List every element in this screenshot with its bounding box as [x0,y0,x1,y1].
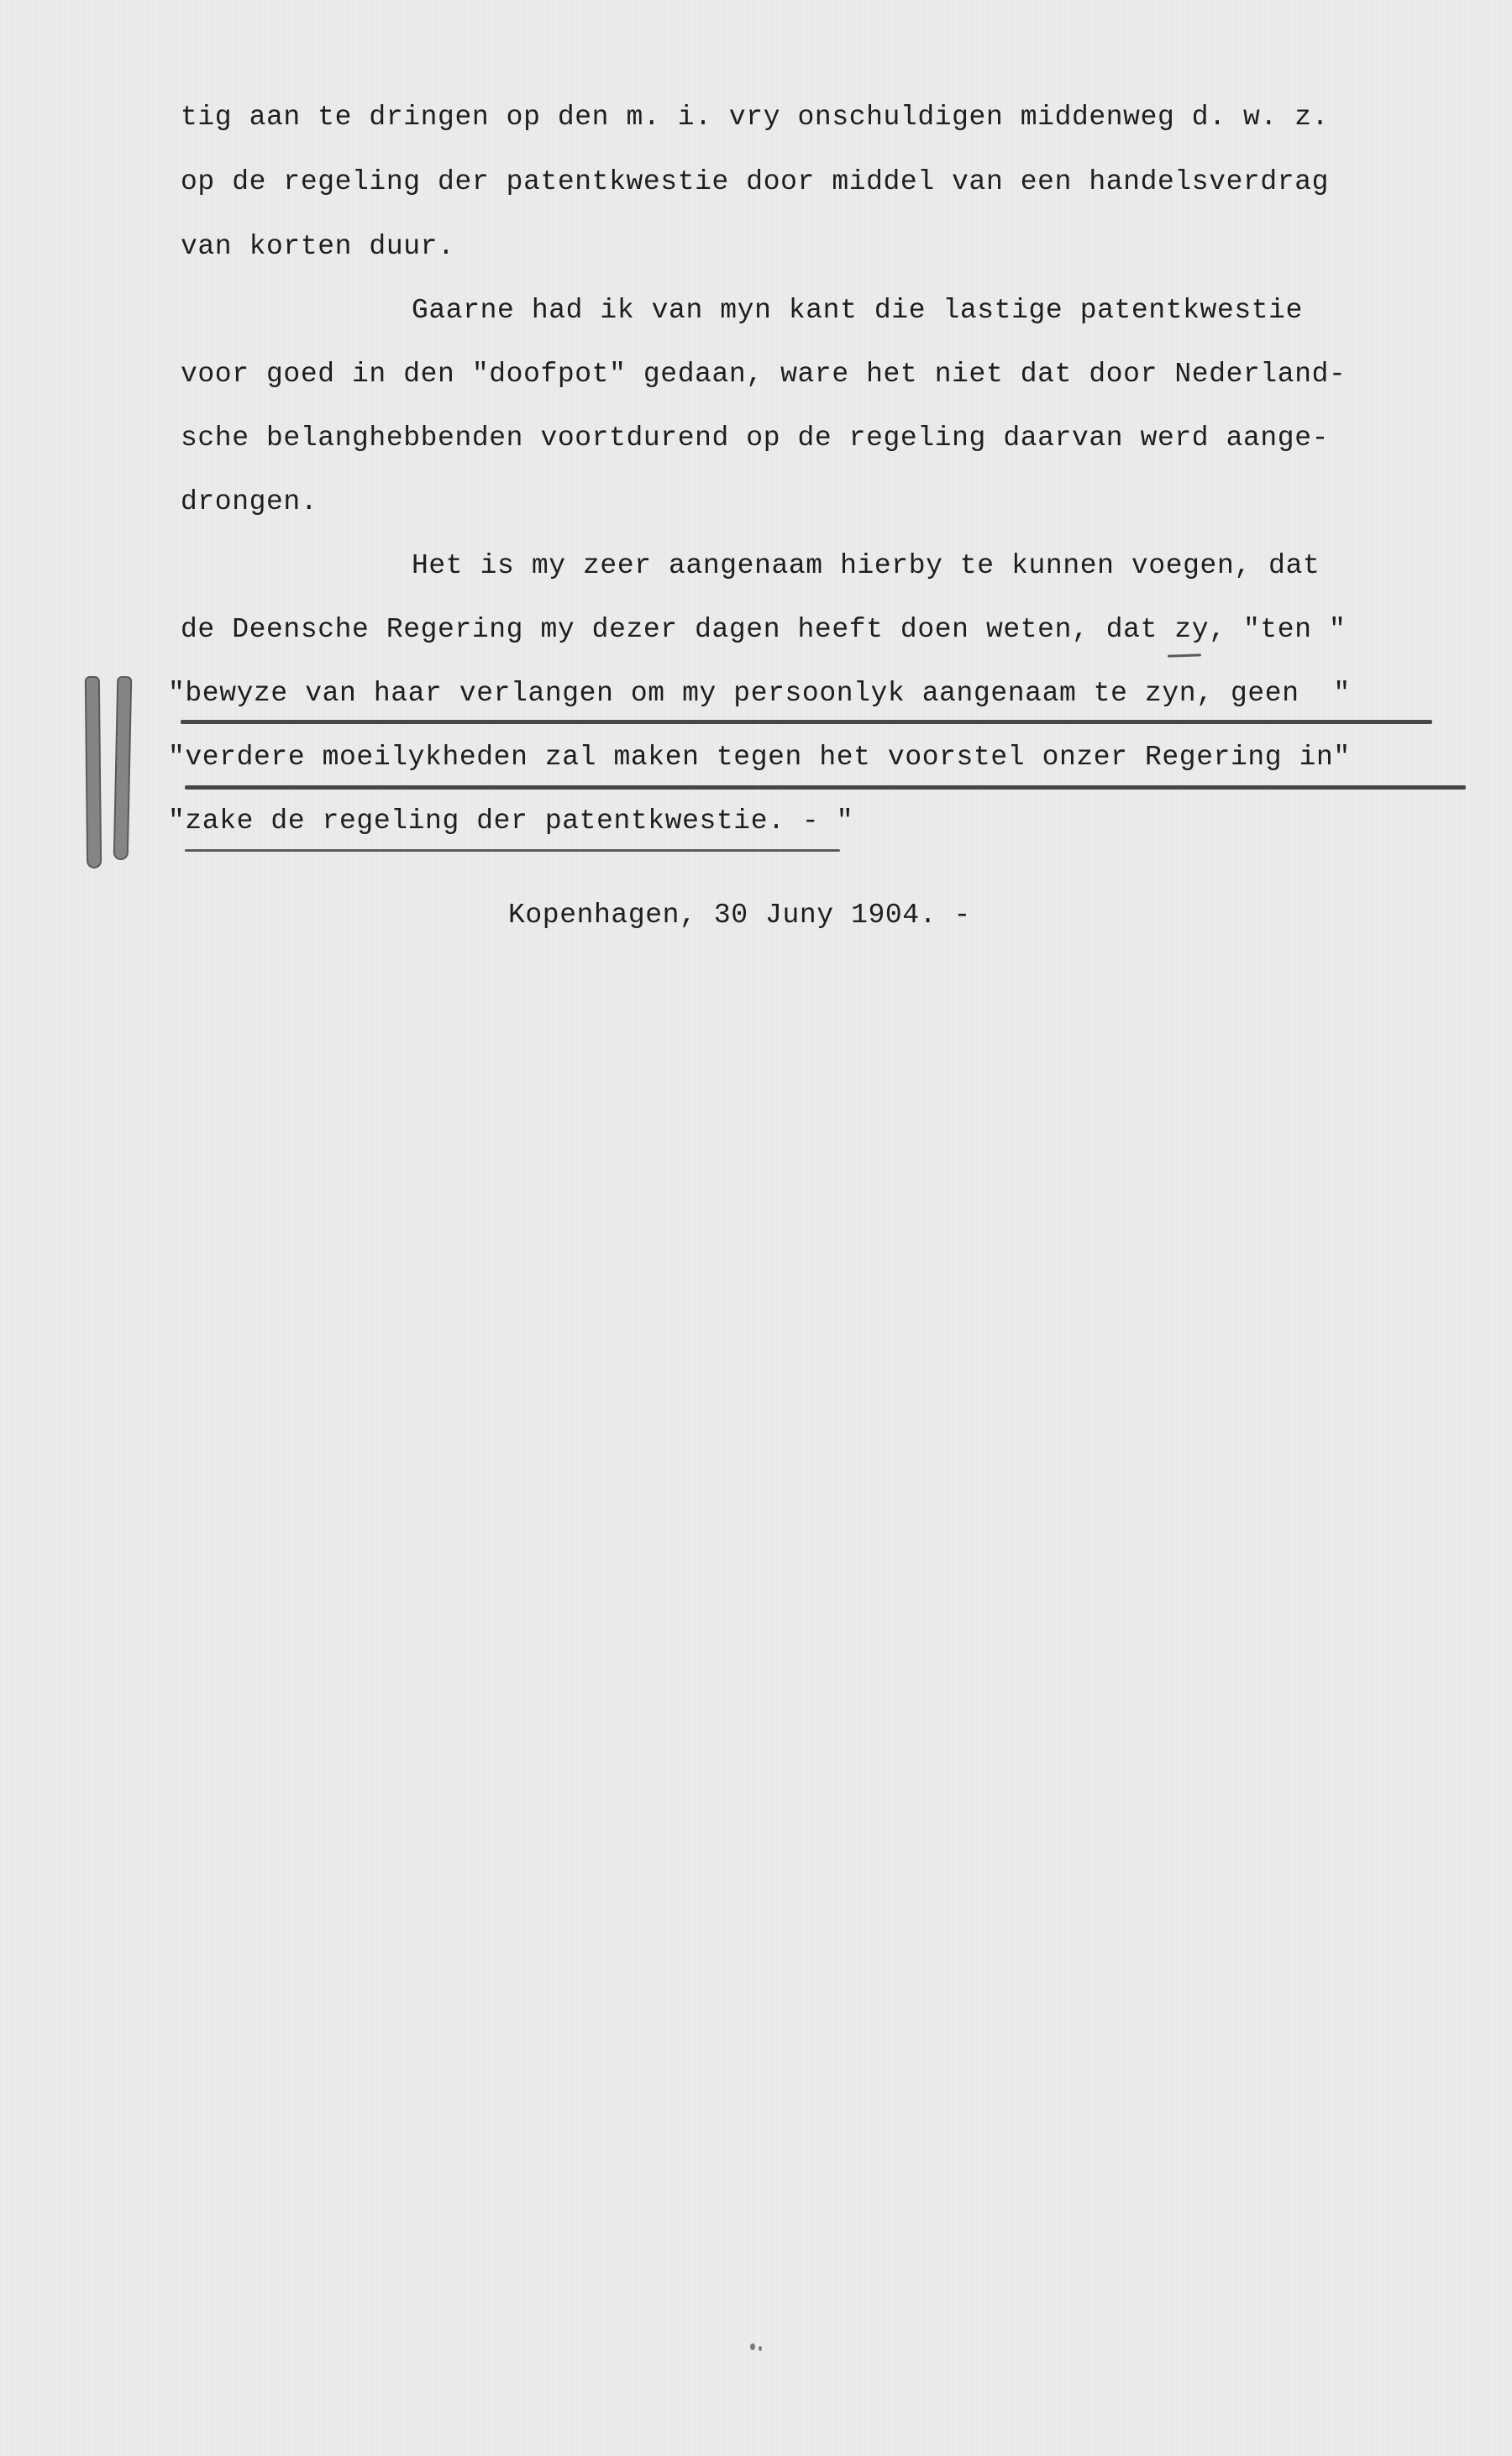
text-line: Het is my zeer aangenaam hierby te kunne… [412,549,1320,583]
text-line: voor goed in den "doofpot" gedaan, ware … [181,358,1346,391]
margin-pencil-mark [85,676,102,869]
underline-ten [1168,653,1201,657]
text-line-underlined: "bewyze van haar verlangen om my persoon… [168,677,1351,711]
text-line: op de regeling der patentkwestie door mi… [181,165,1329,199]
text-line-underlined: "verdere moeilykheden zal maken tegen he… [168,741,1351,774]
margin-pencil-mark [113,676,133,860]
text-line: sche belanghebbenden voortdurend op de r… [181,422,1329,455]
text-line: de Deensche Regering my dezer dagen heef… [181,613,1346,647]
text-line: tig aan te dringen op den m. i. vry onsc… [181,101,1329,134]
place-date-line: Kopenhagen, 30 Juny 1904. - [508,899,971,932]
text-line: drongen. [181,485,318,519]
text-line: Gaarne had ik van myn kant die lastige p… [412,294,1303,328]
text-line-underlined: "zake de regeling der patentkwestie. - " [168,805,853,838]
underline-verdere [185,785,1466,790]
paper-speck [759,2346,762,2351]
underline-bewyze [181,720,1432,724]
paper-speck [750,2343,755,2350]
underline-zake [185,849,840,852]
document-page: tig aan te dringen op den m. i. vry onsc… [0,0,1512,2456]
text-line: van korten duur. [181,230,454,264]
